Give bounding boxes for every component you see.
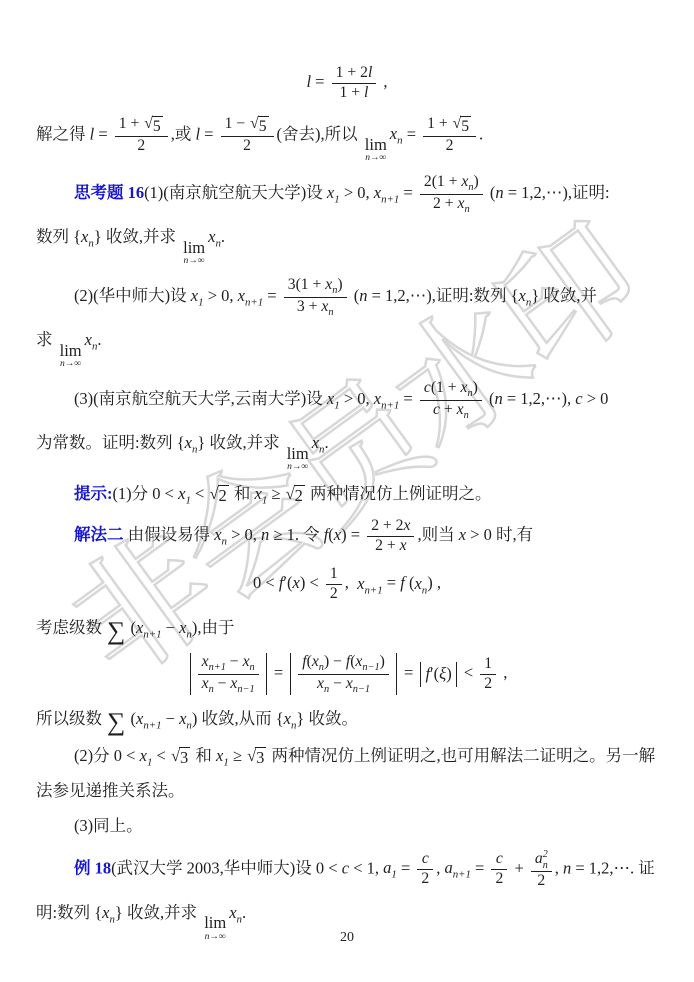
text-run: − [162,709,180,728]
numerator: 1 − √5 [221,115,274,138]
text-run: + [510,858,528,877]
math-var: c [424,379,431,396]
text-run: , [379,72,387,91]
document-page: 非会员水印 l = 1 + 2l1 + l ,解之得 l = 1 + √52,或… [0,0,694,982]
text-run: < [460,663,478,682]
denominator: 2 + xn [420,195,483,215]
math-var: l [368,64,372,81]
text-run: 2 [446,137,454,154]
eq-ratio: xn+1 − xnxn − xn−1 = f(xn) − f(xn−1)xn −… [36,653,658,695]
math-var: l [364,84,368,101]
page-number: 20 [0,930,694,946]
fraction: a2n2 [531,849,552,891]
text-run: 数列 { [36,227,81,246]
math-sub-expr: xn [457,195,469,212]
math-var: c [575,389,582,408]
denominator: xn − xn−1 [298,675,389,695]
subscript: n+1 [453,869,471,881]
text-run: (舍去),所以 [277,124,362,143]
text-run: ( [350,286,360,305]
text-run: ′( [283,574,292,593]
math-var: x [85,330,92,349]
math-sub-expr: xn+1 [238,286,264,305]
text-run: > 0, [340,183,374,202]
text-run: ) [474,173,479,190]
text-run: 2(1 + [424,173,462,190]
math-sub-expr: xn [519,286,532,305]
text-run: 2 [495,870,503,887]
series-consider: 考虑级数 ∑ (xn+1 − xn),由于 [36,616,658,643]
subscript: n−1 [362,662,379,673]
math-var: x [185,433,192,452]
fraction: c(1 + xn)c + xn [420,379,482,421]
lim-label: lim [60,342,82,359]
text-run: > 0, [227,525,261,544]
series-converge: 所以级数 ∑ (xn+1 − xn) 收敛,从而 {xn} 收敛。 [36,707,658,734]
math-sub-expr: xn [414,574,427,593]
text-run: ) [473,379,478,396]
lim-subscript: n→∞ [365,153,386,163]
superscript: 2 [543,849,548,860]
math-var: x [374,183,381,202]
denominator: 2 + x [367,537,414,556]
text-run: (1 + [431,379,461,396]
math-sub-expr: xn [312,433,325,452]
denominator: 2 [221,137,274,156]
text-run: } 收敛,并求 [115,903,201,922]
text-run: ) , [427,574,441,593]
text-run: = [263,286,281,305]
text-run: > 0, [340,389,374,408]
text-run: 两种情况仿上例证明之。 [306,484,492,503]
text-run: . [324,433,328,452]
math-var: x [346,675,353,692]
text-run: ′( [430,662,439,687]
heading-label: 思考题 16 [74,183,144,202]
fraction: 1 + √52 [115,115,168,156]
text-run: 法参见递推关系法。 [36,781,185,800]
fraction: 12 [326,565,342,604]
text-run: ) − [324,653,346,670]
text-run: = [471,858,489,877]
fraction: 3(1 + xn)3 + xn [284,276,347,318]
text-run: ,或 [171,124,196,143]
sum-symbol: ∑ [107,707,125,736]
math-sub-expr: xn+1 [136,709,162,728]
math-var: n [563,858,571,877]
math-var: c [433,401,440,418]
numerator: 1 [480,655,496,675]
subscript: n+1 [143,628,161,640]
math-var: n [495,183,503,202]
text-run: ),由于 [192,618,235,637]
text-run: } 收敛,并 [531,286,597,305]
math-sub-expr: an+1 [444,858,470,877]
math-sub-expr: xn+1 [357,574,383,593]
text-run: 1 + 2 [336,64,368,81]
lim-label: lim [183,239,205,256]
sqrt-expr: √3 [171,747,190,769]
subscript: n [328,307,333,318]
line-solve-roots: 解之得 l = 1 + √52,或 l = 1 − √52(舍去),所以 lim… [36,115,658,164]
math-var: c [342,858,349,877]
text-run: 解之得 [36,124,90,143]
text-run: ≥ [229,746,246,765]
math-sub-expr: xn [317,675,329,692]
radicand: 5 [152,116,163,137]
math-sub-expr: x1 [327,389,340,408]
sqrt-expr: √2 [209,485,228,507]
limit-expr: limn→∞ [365,136,387,163]
subscript: n+1 [364,584,382,596]
text-run: 1 − [225,115,250,132]
text-run: = 1,2,⋯),证明:数列 { [367,286,518,305]
subscript: n−1 [237,684,254,695]
text-run: 1 [484,655,492,672]
denominator: 3 + xn [284,298,347,318]
math-var: x [255,484,262,503]
numerator: f(xn) − f(xn−1) [298,653,389,674]
fraction: 1 + 2l1 + l [332,64,377,103]
text-run: } 收敛,并求 [197,433,283,452]
denominator: 2 [326,585,342,604]
subscript: n−1 [353,684,370,695]
numerator: c(1 + xn) [420,379,482,400]
text-run: , [555,858,563,877]
text-run: ≥ [267,484,284,503]
math-sub-expr: xn [214,525,227,544]
thought-16-part1-cont: 数列 {xn} 收敛,并求 limn→∞xn. [36,225,658,266]
limit-expr: limn→∞ [287,445,309,472]
math-sub-expr: xn [243,653,255,670]
text-run: − [214,675,231,692]
text-run: < [191,484,209,503]
lim-subscript: n→∞ [287,462,308,472]
text-run: − [162,618,180,637]
radicand: 2 [218,485,229,507]
math-var: x [404,517,411,534]
math-var: x [459,525,466,544]
math-sub-expr: xn [229,903,242,922]
subscript: n [250,662,255,673]
text-run: ( [486,183,496,202]
math-var: x [243,653,250,670]
hint-part1: 提示:(1)分 0 < x1 < √2 和 x1 ≥ √2 两种情况仿上例证明之… [36,482,658,507]
numerator: c [417,850,433,870]
solution2-intro: 解法二 由假设易得 xn > 0, n ≥ 1. 令 f(x) = 2 + 2x… [36,517,658,556]
lim-subscript: n→∞ [60,359,81,369]
math-sub-expr: xn [461,173,473,190]
text-run: . [479,124,483,143]
fraction: 1 − √52 [221,115,274,156]
math-sub-expr: x1 [178,484,191,503]
thought-16-part1: 思考题 16(1)(南京航空航天大学)设 x1 > 0, xn+1 = 2(1 … [36,173,658,215]
radicand: 5 [460,116,471,137]
text-run: . [242,903,246,922]
text-run: = 1,2,⋯),证明: [504,183,610,202]
radicand: 2 [294,485,305,507]
text-run: (1)(南京航空航天大学)设 [144,183,327,202]
abs-expr: f′(ξ) [420,662,456,687]
limit-expr: limn→∞ [183,239,205,266]
text-run: . [221,227,225,246]
math-sub-expr: xn−1 [355,653,379,670]
text-run: − [226,653,243,670]
denominator: 2 [115,137,168,156]
text-run: (3)(南京航空航天大学,云南大学)设 [74,389,327,408]
lim-label: lim [287,445,309,462]
thought-16-part2: (2)(华中师大)设 x1 > 0, xn+1 = 3(1 + xn)3 + x… [36,276,658,318]
page-content: l = 1 + 2l1 + l ,解之得 l = 1 + √52,或 l = 1… [0,0,694,942]
text-run: 2 [330,585,338,602]
text-run: 0 < [253,574,279,593]
fraction: c2 [491,850,507,889]
math-sub-expr: xn [202,675,214,692]
text-run: , [499,663,507,682]
text-run: 2 [243,137,251,154]
hint-part3: (3)同上。 [36,814,658,839]
text-run: ( [126,618,136,637]
subscript: n+1 [245,296,263,308]
limit-expr: limn→∞ [60,342,82,369]
sqrt-expr: √5 [144,116,162,137]
denominator: 2 [491,870,507,889]
math-sub-expr: x1 [140,746,153,765]
text-run: > 0 [583,389,609,408]
radicand: 3 [255,747,266,769]
math-var: x [457,401,464,418]
math-sub-expr: x1 [327,183,340,202]
text-run: 求 [36,330,57,349]
math-var: x [284,709,291,728]
fraction: xn+1 − xnxn − xn−1 [198,653,259,695]
numerator: 1 [326,565,342,585]
math-sub-expr: xn [81,227,94,246]
heading-label: 提示: [74,484,113,503]
hint-part2-cont: 法参见递推关系法。 [36,779,658,804]
text-run: 和 [191,746,216,765]
text-run: 两种情况仿上例证明之,也可用解法二证明之。另一解 [267,746,655,765]
math-sub-expr: x1 [191,286,204,305]
math-sub-expr: xn [85,330,98,349]
math-var: x [202,653,209,670]
math-sub-expr: xn+1 [136,618,162,637]
denominator: xn − xn−1 [198,675,259,695]
denominator: c + xn [420,401,482,421]
math-sub-expr: xn [325,276,337,293]
text-run: = [400,663,418,682]
numerator: xn+1 − xn [198,653,259,674]
math-var: x [400,537,407,554]
thought-16-part3: (3)(南京航空航天大学,云南大学)设 x1 > 0, xn+1 = c(1 +… [36,379,658,421]
text-run: } 收敛,并求 [94,227,180,246]
math-var: c [496,850,503,867]
text-run: 为常数。证明:数列 { [36,433,185,452]
text-run: 2 + 2 [371,517,403,534]
math-sub-expr: x1 [255,484,268,503]
text-run: ) = [341,525,364,544]
text-run: = 1,2,⋯. 证 [571,858,655,877]
fraction: f(xn) − f(xn−1)xn − xn−1 [298,653,389,695]
text-run: = [270,663,288,682]
subscript: n+1 [209,662,226,673]
math-var: x [293,574,300,593]
math-sub-expr: xn [312,653,324,670]
text-run: 考虑级数 [36,618,106,637]
math-var: x [414,574,421,593]
text-run: (武汉大学 2003,华中师大)设 0 < [111,858,342,877]
fraction: 2(1 + xn)2 + xn [420,173,483,215]
math-var: x [229,903,236,922]
text-run: , [345,574,357,593]
text-run: 2 + [433,195,458,212]
math-sub-expr: xn [208,227,221,246]
math-supsub-expr: a2n [535,849,548,871]
numerator: c [491,850,507,870]
text-run: = [403,124,421,143]
math-sub-expr: xn [179,709,192,728]
text-run: 和 [230,484,255,503]
math-var: ξ [439,662,446,687]
text-run: . [97,330,101,349]
text-run: = [311,72,329,91]
subscript: n [464,410,469,421]
text-run: ) [446,662,452,687]
math-sub-expr: xn+1 [374,389,400,408]
text-run: = [383,574,401,593]
numerator: 1 + √5 [115,115,168,138]
text-run: = [399,183,417,202]
text-run: > 0 时,有 [466,525,533,544]
text-run: 1 + [427,115,452,132]
text-run: = [94,124,112,143]
text-run: ≥ 1. 令 [269,525,323,544]
math-var: x [214,525,221,544]
text-run: ) [337,276,342,293]
text-run: = [399,389,417,408]
text-run: = [397,858,415,877]
math-var: x [238,286,245,305]
math-var: x [140,746,147,765]
text-run: 1 + [340,84,365,101]
text-run: ) 收敛,从而 { [192,709,284,728]
text-run: 2 [537,872,545,889]
math-var: x [202,675,209,692]
denominator: 1 + l [332,84,377,103]
numerator: a2n [531,849,552,872]
text-run: (2)分 0 < [74,746,140,765]
denominator: 2 [423,137,476,156]
math-var: c [422,850,429,867]
text-run: ( [405,574,415,593]
text-run: 3 + [297,298,322,315]
heading-label: 解法二 [74,525,124,544]
sqrt-expr: √5 [453,116,471,137]
subscript: n+1 [381,399,399,411]
text-run: 1 [330,565,338,582]
math-sub-expr: xn [390,124,403,143]
text-run: − [329,675,346,692]
text-run: 2 [137,137,145,154]
math-sub-expr: a1 [383,858,397,877]
text-run: = 1,2,⋯), [503,389,576,408]
math-sub-expr: xn [102,903,115,922]
math-var: n [494,389,502,408]
text-run: + [440,401,457,418]
math-sub-expr: x1 [216,746,229,765]
text-run: (3)同上。 [74,816,143,835]
numerator: 1 + 2l [332,64,377,84]
example-18: 例 18(武汉大学 2003,华中师大)设 0 < c < 1, a1 = c2… [36,849,658,891]
eq-derivative-bound: 0 < f′(x) < 12, xn+1 = f (xn) , [36,565,658,604]
math-sub-expr: xn [284,709,297,728]
heading-label: 例 18 [74,858,111,877]
text-run: > 0, [204,286,238,305]
subscript: n [464,204,469,215]
lim-label: lim [204,914,226,931]
radicand: 5 [258,116,269,137]
subscript: n+1 [381,193,399,205]
subscript: n [543,860,548,871]
math-sub-expr: xn [461,379,473,396]
sqrt-expr: √3 [247,747,266,769]
text-run: 3(1 + [288,276,326,293]
math-sub-expr: xn [457,401,469,418]
text-run: 2 [484,675,492,692]
math-var: a [535,850,543,869]
thought-16-part2-cont: 求 limn→∞xn. [36,328,658,369]
fraction: 12 [480,655,496,694]
lim-label: lim [365,136,387,153]
text-run: 由假设易得 [123,525,214,544]
fraction: 1 + √52 [423,115,476,156]
abs-expr: xn+1 − xnxn − xn−1 [190,653,267,695]
numerator: 2 + 2x [367,517,414,537]
math-sub-expr: xn [179,618,192,637]
text-run: ) [380,653,385,670]
text-run: 明:数列 { [36,903,102,922]
text-run: = [200,124,218,143]
abs-expr: f(xn) − f(xn−1)xn − xn−1 [290,653,397,695]
sqrt-expr: √2 [286,485,305,507]
text-run: 2 + [375,537,400,554]
eq-fixed-point: l = 1 + 2l1 + l , [36,64,658,103]
lim-subscript: n→∞ [184,256,205,266]
supsub-stack: 2n [543,849,548,871]
text-run: ( [126,709,136,728]
text-run: ) < [300,574,323,593]
math-sub-expr: xn [185,433,198,452]
sum-symbol: ∑ [107,616,125,645]
text-run: ,则当 [417,525,458,544]
text-run: < [152,746,170,765]
numerator: 3(1 + xn) [284,276,347,297]
math-var: x [312,433,319,452]
text-run: (2)(华中师大)设 [74,286,191,305]
math-var: x [374,389,381,408]
text-run: 所以级数 [36,709,106,728]
hint-part2: (2)分 0 < x1 < √3 和 x1 ≥ √3 两种情况仿上例证明之,也可… [36,744,658,769]
subscript: n+1 [143,720,161,732]
math-sub-expr: xn [321,298,333,315]
math-sub-expr: xn+1 [374,183,400,202]
math-sub-expr: xn−1 [230,675,254,692]
text-run: 1 + [119,115,144,132]
denominator: 2 [480,675,496,694]
math-sub-expr: xn+1 [202,653,226,670]
denominator: 2 [531,872,552,891]
math-var: x [312,653,319,670]
